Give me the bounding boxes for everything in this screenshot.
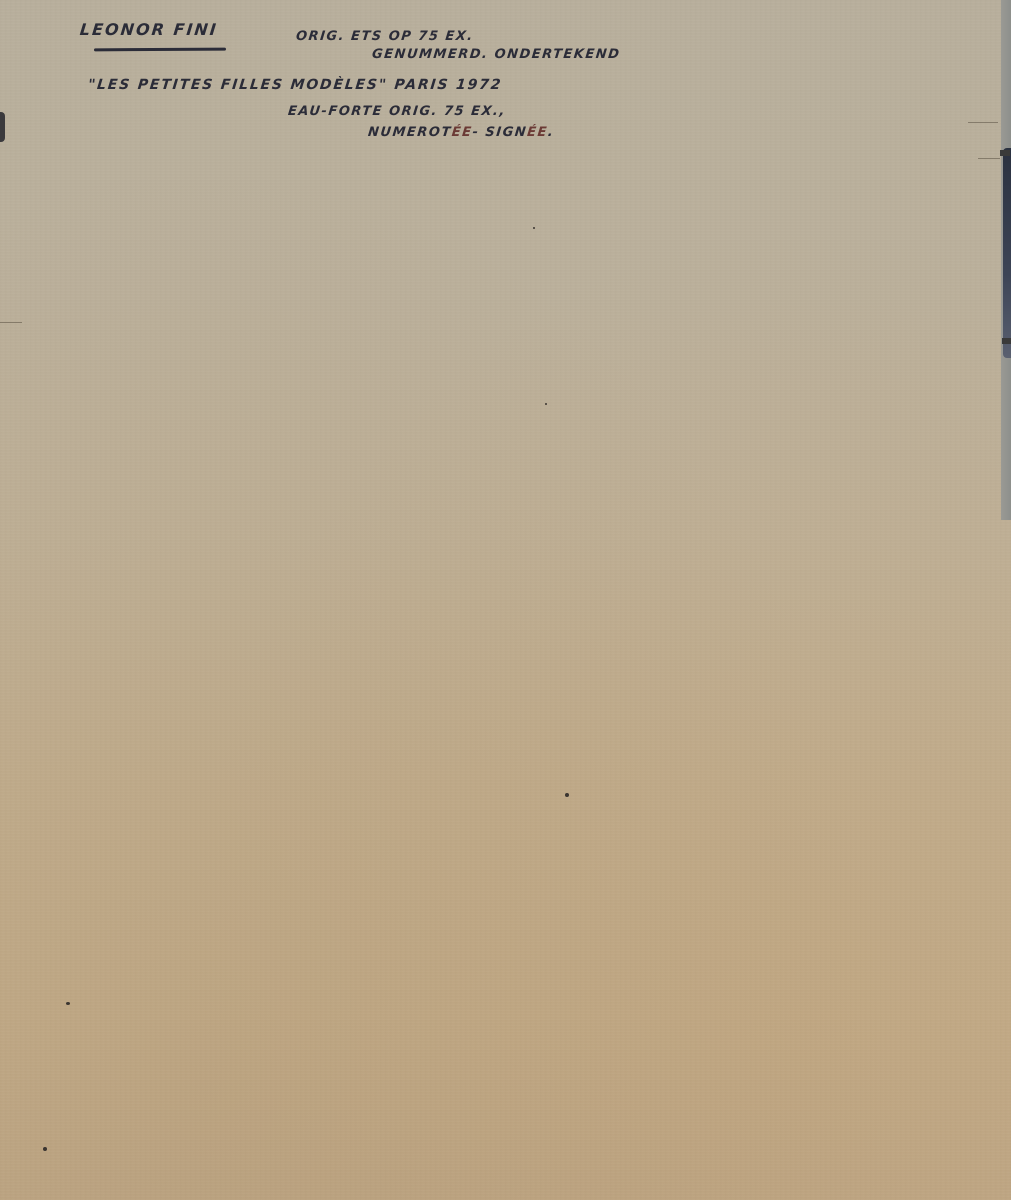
note-french-signed: NUMEROTÉE- SIGNÉE.: [367, 125, 555, 140]
note-text: NUMEROT: [367, 125, 452, 140]
speck: [565, 793, 569, 797]
note-dutch-edition: ORIG. ETS OP 75 EX.: [295, 29, 474, 44]
note-title-place-year: "LES PETITES FILLES MODÈLES" PARIS 1972: [87, 77, 503, 93]
speck: [66, 1002, 70, 1005]
scratch-mark: [968, 122, 998, 123]
frame-shadow-right: [1003, 148, 1011, 358]
paper-texture: [0, 0, 1011, 1200]
note-text-red: ÉE: [526, 125, 548, 140]
frame-clip: [1000, 150, 1010, 156]
speck: [533, 227, 535, 229]
scratch-mark: [0, 322, 22, 323]
note-dutch-signed: GENUMMERD. ONDERTEKEND: [371, 47, 621, 62]
frame-edge-left: [0, 112, 5, 142]
note-french-edition: EAU-FORTE ORIG. 75 EX.,: [287, 104, 506, 119]
cardboard-backing: LEONOR FINI ORIG. ETS OP 75 EX. GENUMMER…: [0, 0, 1011, 1200]
speck: [43, 1147, 47, 1151]
note-text-red: ÉE: [451, 125, 473, 140]
frame-clip: [1002, 338, 1011, 344]
scratch-mark: [978, 158, 1000, 159]
artist-name: LEONOR FINI: [79, 20, 219, 39]
speck: [545, 403, 547, 405]
note-text: - SIGN: [472, 125, 528, 140]
